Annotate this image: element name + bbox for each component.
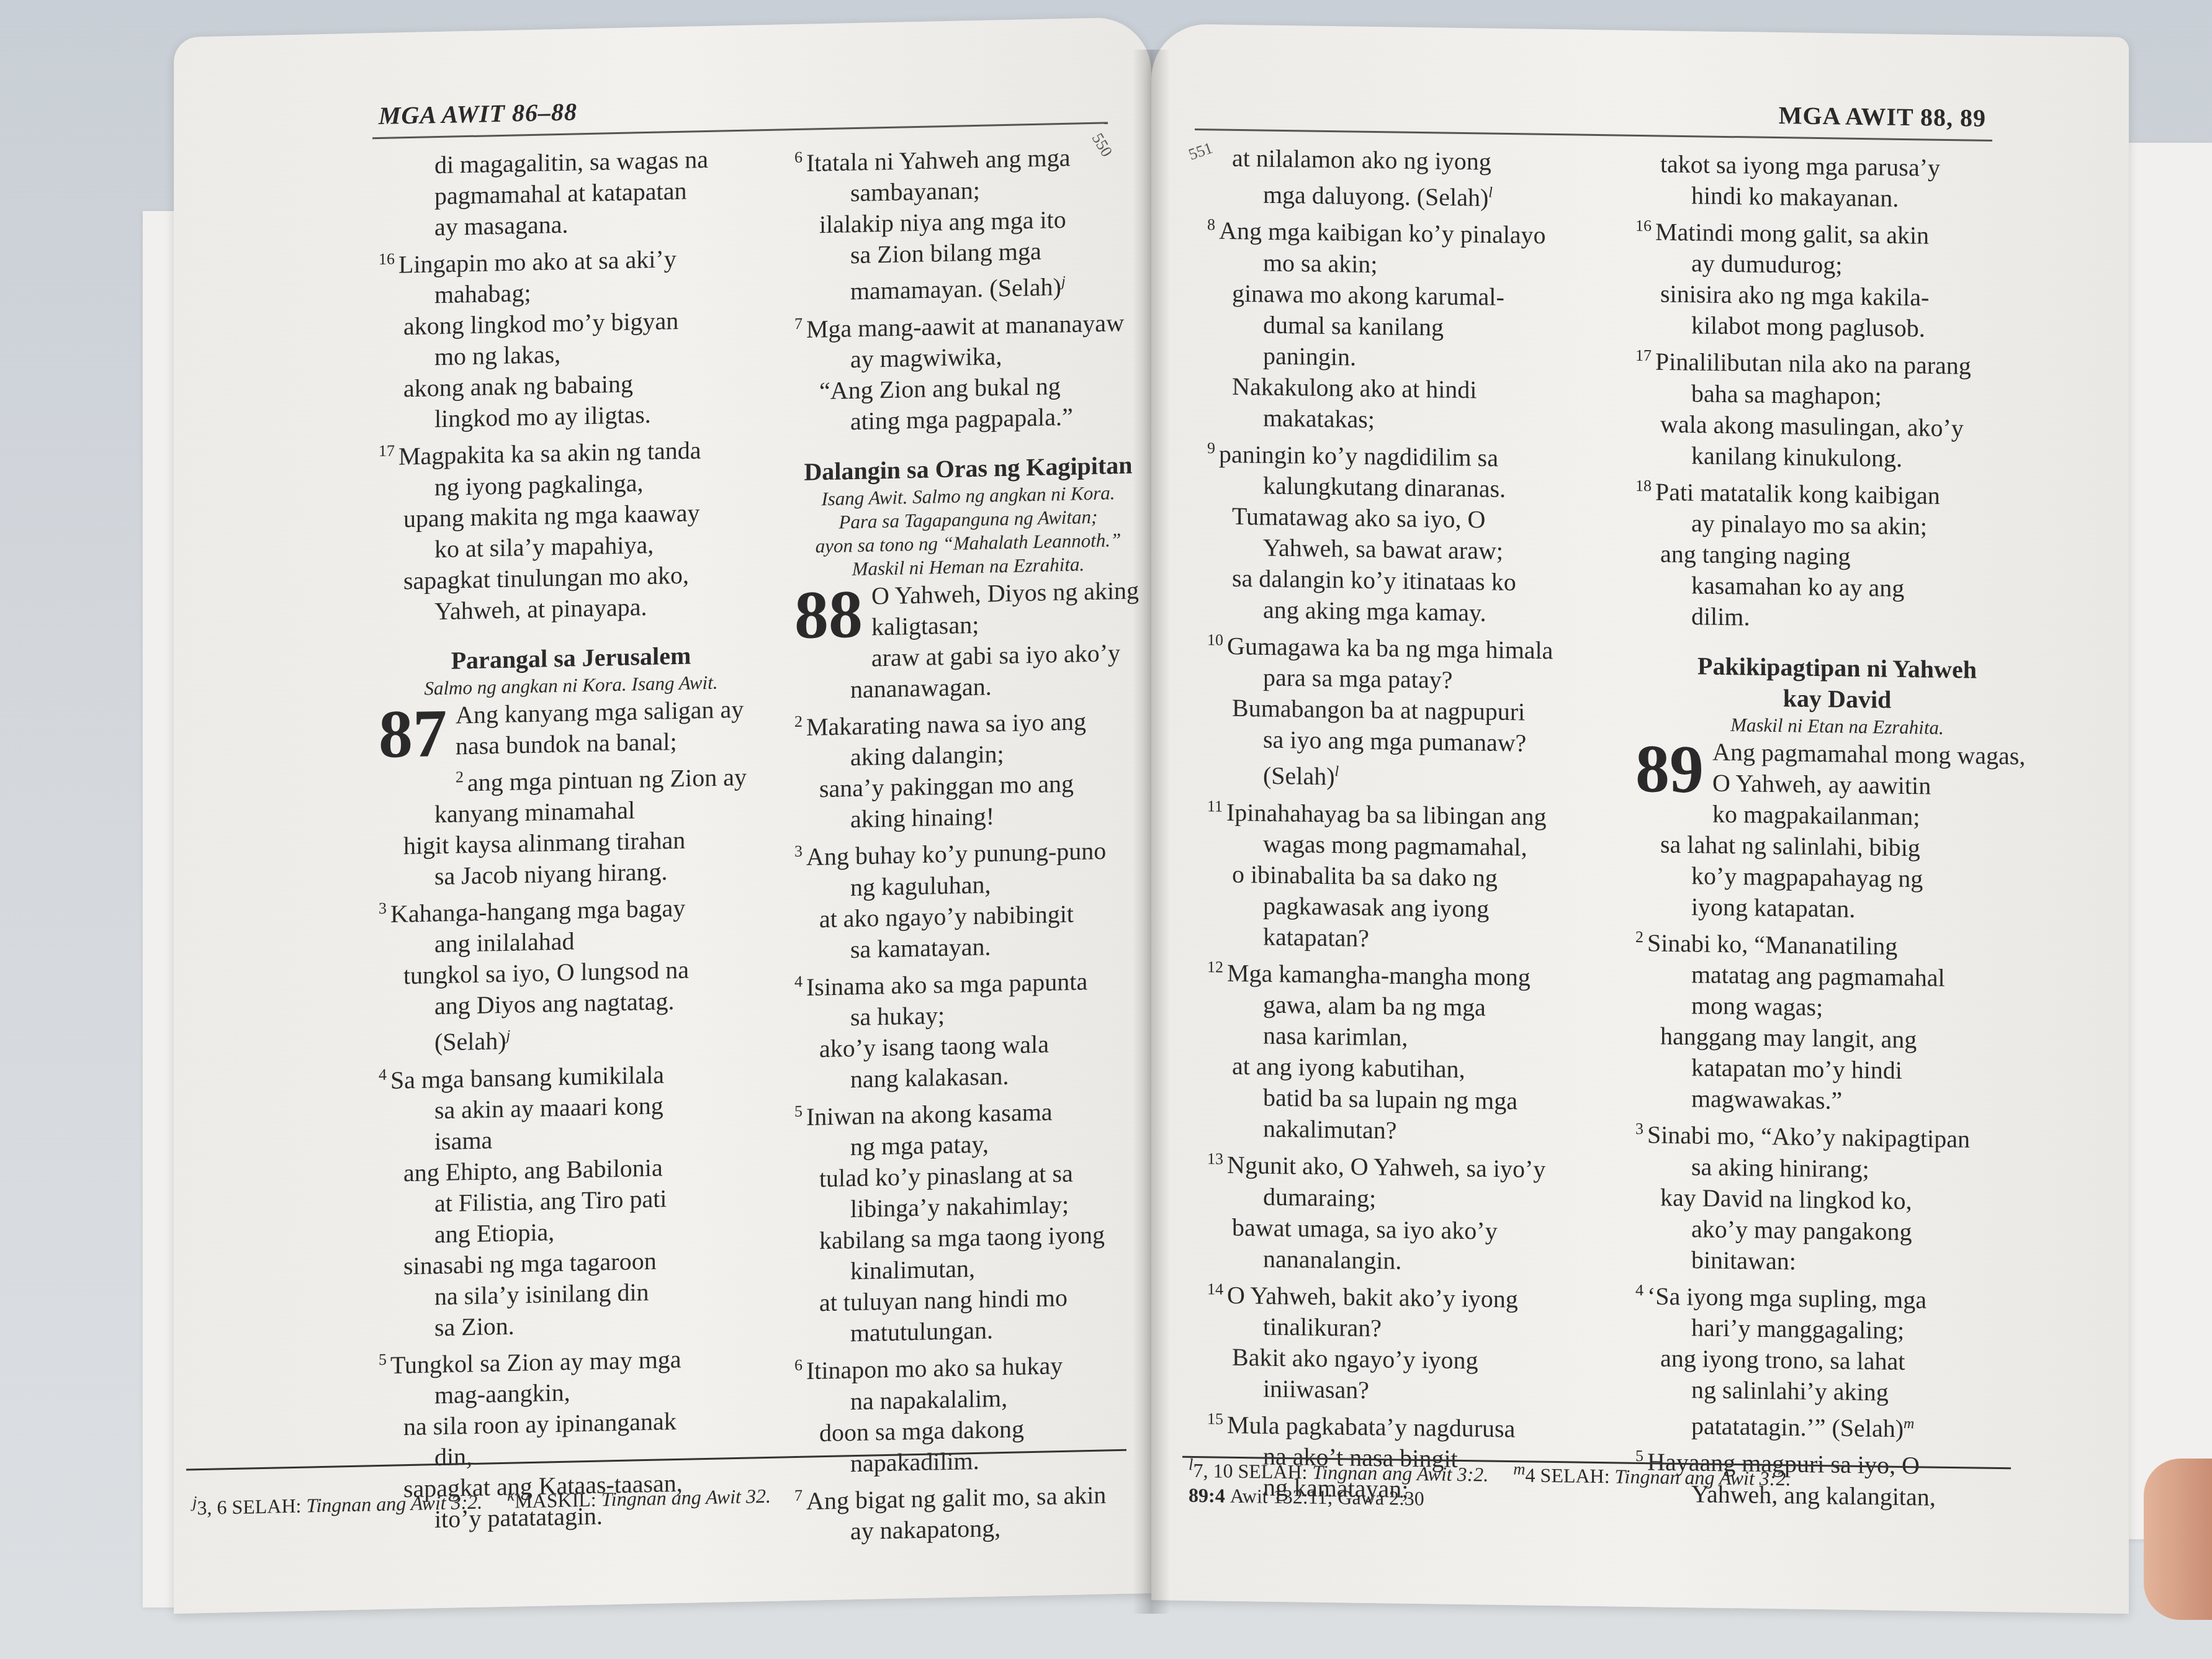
- line-text: Mula pagkabata’y nagdurusa: [1227, 1411, 1515, 1442]
- line-text: sambayanan;: [850, 176, 980, 207]
- line-text: Sinabi ko, “Mananatiling: [1647, 928, 1897, 960]
- footnote: l7, 10 SELAH: Tingnan ang Awit 3:2.: [1189, 1459, 1488, 1486]
- line-text: ang aking mga kamay.: [1263, 596, 1486, 627]
- text-line: iyong katapatan.: [1635, 891, 2039, 927]
- text-line: kasamahan ko ay ang: [1635, 569, 2039, 606]
- line-text: din,: [434, 1442, 472, 1471]
- line-text: sa Zion bilang mga: [850, 237, 1041, 269]
- text-line: ang tanging naging: [1635, 538, 2039, 575]
- line-text: isama: [434, 1126, 492, 1155]
- verse-number: 2: [1635, 928, 1643, 946]
- book-gutter: [1133, 50, 1170, 1614]
- line-text: sa dalangin ko’y itinataas ko: [1232, 564, 1516, 596]
- line-text: gawa, alam ba ng mga: [1263, 991, 1486, 1022]
- line-text: Ang buhay ko’y punung-puno: [806, 837, 1106, 871]
- line-text: at Filistia, ang Tiro pati: [434, 1184, 667, 1217]
- line-text: ay masagana.: [434, 210, 568, 241]
- line-text: binitawan:: [1691, 1246, 1796, 1275]
- line-text: (Selah): [1263, 762, 1335, 791]
- line-text: Iniwan na akong kasama: [806, 1098, 1053, 1131]
- text-line: ang iyong trono, sa lahat: [1635, 1342, 2039, 1379]
- line-text: paningin.: [1263, 341, 1356, 371]
- line-text: nananawagan.: [850, 672, 992, 703]
- line-text: makatakas;: [1263, 403, 1375, 433]
- line-text: mahabag;: [434, 279, 531, 308]
- line-text: akong anak ng babaing: [403, 370, 633, 403]
- line-text: Mga mang-aawit at mananayaw: [806, 308, 1124, 343]
- line-text: aking dalangin;: [850, 740, 1004, 771]
- line-text: ko magpakailanman;: [1712, 800, 1920, 831]
- text-line: ay pinalayo mo sa akin;: [1635, 507, 2039, 544]
- line-text: iniiwasan?: [1263, 1374, 1369, 1403]
- line-text: tinalikuran?: [1263, 1312, 1382, 1342]
- psalm-88-text: O Yahweh, Diyos ng akingkaligtasan;araw …: [794, 575, 1142, 1548]
- verse-number: 11: [1207, 797, 1223, 815]
- line-text: ng kaguluhan,: [850, 870, 991, 901]
- section-title-line: kay David: [1635, 681, 2039, 717]
- line-text: Mga kamangha-mangha mong: [1227, 959, 1531, 991]
- psalm-87-text: Ang kanyang mga saligan aynasa bundok na…: [379, 693, 763, 1537]
- line-text: sinasabi ng mga tagaroon: [403, 1247, 657, 1280]
- line-text: paningin ko’y nagdidilim sa: [1219, 440, 1498, 472]
- verse-line: 10Gumagawa ka ba ng mga himala: [1207, 624, 1629, 667]
- verse-number: 2: [456, 768, 464, 786]
- left-page: MGA AWIT 86–88 550 di magagalitin, sa wa…: [174, 17, 1151, 1614]
- line-text: (Selah): [434, 1027, 506, 1056]
- line-text: mo ng lakas,: [434, 340, 560, 371]
- line-text: sa hukay;: [850, 1001, 945, 1031]
- text-line: kilabot mong paglusob.: [1635, 309, 2039, 346]
- line-text: mo sa akin;: [1263, 248, 1377, 278]
- line-text: libinga’y nakahimlay;: [850, 1190, 1069, 1223]
- line-text: pagmamahal at katapatan: [434, 177, 686, 210]
- verse-line: 17Pinalilibutan nila ako na parang: [1635, 340, 2039, 382]
- line-text: wagas mong pagmamahal,: [1263, 829, 1527, 861]
- line-text: Sa mga bansang kumikilala: [390, 1060, 664, 1094]
- line-text: ang tanging naging: [1660, 539, 1851, 570]
- verse-number: 13: [1207, 1150, 1223, 1168]
- line-text: sa Zion.: [434, 1311, 515, 1341]
- line-text: ko’y magpapahayag ng: [1691, 861, 1923, 892]
- line-text: tulad ko’y pinaslang at sa: [819, 1159, 1073, 1193]
- verse-number: 14: [1207, 1280, 1223, 1298]
- verse-line: 3Sinabi mo, “Ako’y nakipagtipan: [1635, 1113, 2039, 1156]
- line-text: tungkol sa iyo, O lungsod na: [403, 956, 689, 990]
- line-text: at nilalamon ako ng iyong: [1232, 144, 1491, 176]
- verse-line: 2Sinabi ko, “Mananatiling: [1635, 922, 2039, 964]
- line-text: napakadilim.: [850, 1446, 979, 1477]
- text-line: mo sa akin;: [1207, 246, 1629, 283]
- line-text: Tungkol sa Zion ay may mga: [390, 1345, 681, 1379]
- line-text: ay nakapatong,: [850, 1514, 1000, 1545]
- text-line: wala akong masulingan, ako’y: [1635, 408, 2039, 445]
- verse-number: 3: [1635, 1120, 1643, 1138]
- text-line: sa aking hinirang;: [1635, 1151, 2039, 1187]
- line-text: Itatala ni Yahweh ang mga: [806, 143, 1070, 177]
- line-text: ang mga pintuan ng Zion ay: [467, 763, 747, 796]
- line-text: na napakalalim,: [850, 1383, 1007, 1414]
- line-text: araw at gabi sa iyo ako’y: [871, 639, 1120, 672]
- text-line: paningin.: [1207, 339, 1629, 376]
- line-text: upang makita ng mga kaaway: [403, 498, 700, 533]
- line-text: Pati matatalik kong kaibigan: [1655, 477, 1940, 509]
- verse-line: 15Mula pagkabata’y nagdurusa: [1207, 1403, 1629, 1446]
- line-text: lingkod mo ay iligtas.: [434, 400, 651, 433]
- text-line: ginawa mo akong karumal-: [1207, 277, 1629, 314]
- line-text: ang Etiopia,: [434, 1218, 554, 1248]
- section-title-line: Pakikipagtipan ni Yahweh: [1635, 650, 2039, 686]
- line-text: sa kamatayan.: [850, 932, 991, 963]
- line-text: sa akin ay maaari kong: [434, 1091, 663, 1124]
- line-text: ang Diyos ang nagtatag.: [434, 987, 675, 1020]
- line-text: nang kalakasan.: [850, 1062, 1009, 1093]
- verse-line: 7Mga mang-aawit at mananayaw: [794, 301, 1142, 345]
- line-text: at ang iyong kabutihan,: [1232, 1052, 1465, 1083]
- verse-number: 6: [794, 148, 803, 166]
- psalm-89-text: Ang pagmamahal mong wagas,O Yahweh, ay a…: [1635, 735, 2039, 1514]
- line-text: ay magwiwika,: [850, 342, 1002, 373]
- text-line: mga daluyong. (Selah)l: [1207, 173, 1629, 215]
- line-text: “Ang Zion ang bukal ng: [819, 372, 1061, 405]
- line-text: Magpakita ka sa akin ng tanda: [398, 436, 701, 470]
- text-line: sa lahat ng salinlahi, bibig: [1635, 829, 2039, 865]
- text-line: bawat umaga, sa iyo ako’y: [1207, 1212, 1629, 1248]
- text-line: ko’y magpapahayag ng: [1635, 860, 2039, 896]
- text-line: ako’y may pangakong: [1635, 1213, 2039, 1249]
- line-text: Gumagawa ka ba ng mga himala: [1227, 632, 1553, 664]
- text-line: magwawakas.”: [1635, 1082, 2039, 1119]
- text-line: dumal sa kanilang: [1207, 308, 1629, 345]
- open-book: MGA AWIT 86–88 550 di magagalitin, sa wa…: [174, 37, 2129, 1614]
- verse-number: 10: [1207, 631, 1223, 649]
- line-text: sapagkat tinulungan mo ako,: [403, 560, 689, 595]
- verse-line: 7Ang bigat ng galit mo, sa akin: [794, 1473, 1142, 1517]
- line-text: kaligtasan;: [871, 611, 979, 641]
- text-line: kay David na lingkod ko,: [1635, 1182, 2039, 1218]
- line-text: kalungkutang dinaranas.: [1263, 472, 1506, 503]
- verse-line: 14O Yahweh, bakit ako’y iyong: [1207, 1274, 1629, 1316]
- verse-number: 4: [794, 972, 803, 990]
- line-text: ay pinalayo mo sa akin;: [1691, 509, 1927, 540]
- line-text: ginawa mo akong karumal-: [1232, 279, 1504, 310]
- line-text: Makarating nawa sa iyo ang: [806, 708, 1086, 741]
- line-text: Matindi mong galit, sa akin: [1655, 218, 1929, 250]
- line-text: patatatagin.’” (Selah): [1691, 1411, 1904, 1442]
- footnote: j3, 6 SELAH: Tingnan ang Awit 3:2.: [192, 1491, 482, 1519]
- line-text: dumaraing;: [1263, 1182, 1376, 1212]
- footnote-marker: j: [506, 1028, 511, 1044]
- line-text: at tuluyan nang hindi mo: [819, 1284, 1068, 1316]
- line-text: nasa karimlan,: [1263, 1022, 1408, 1051]
- line-text: Yahweh, at pinayapa.: [434, 593, 647, 625]
- line-text: kasamahan ko ay ang: [1691, 571, 1904, 602]
- line-text: kanyang minamahal: [434, 796, 635, 828]
- line-text: nakalimutan?: [1263, 1115, 1396, 1144]
- chapter-number-89: 89: [1635, 739, 1704, 799]
- line-text: Sinabi mo, “Ako’y nakipagtipan: [1647, 1121, 1970, 1153]
- line-text: higit kaysa alinmang tirahan: [403, 826, 685, 860]
- line-text: sa Jacob niyang hirang.: [434, 857, 667, 890]
- right-column-2: takot sa iyong mga parusa’yhindi ko maka…: [1635, 148, 2039, 1514]
- text-line: baha sa maghapon;: [1635, 377, 2039, 414]
- line-text: batid ba sa lupain ng mga: [1263, 1084, 1517, 1115]
- footnote: 89:4 Awit 132:11; Gawa 2:30: [1189, 1484, 1424, 1509]
- verse-line: 12Mga kamangha-mangha mong: [1207, 951, 1629, 994]
- line-text: ng iyong pagkalinga,: [434, 469, 644, 501]
- line-text: pagkawasak ang iyong: [1263, 891, 1489, 922]
- footnote: kMASKIL: Tingnan ang Awit 32.: [507, 1485, 771, 1513]
- line-text: Itinapon mo ako sa hukay: [806, 1352, 1063, 1385]
- line-text: at ako ngayo’y nabibingit: [819, 899, 1074, 933]
- text-line: makatakas;: [1207, 402, 1629, 438]
- line-text: ang inilalahad: [434, 927, 574, 958]
- verse-number: 7: [794, 314, 803, 332]
- line-text: ay dumudurog;: [1691, 249, 1842, 279]
- line-text: nananalangin.: [1263, 1244, 1401, 1274]
- verse-number: 9: [1207, 439, 1215, 457]
- line-text: ilalakip niya ang mga ito: [819, 205, 1066, 238]
- line-text: Kahanga-hangang mga bagay: [390, 894, 685, 928]
- line-text: Tumatawag ako sa iyo, O: [1232, 502, 1485, 534]
- psalm-88-end: takot sa iyong mga parusa’yhindi ko maka…: [1635, 148, 2039, 637]
- text-line: mong wagas;: [1635, 989, 2039, 1026]
- line-text: mga daluyong. (Selah): [1263, 181, 1488, 212]
- text-line: kanilang kinukulong.: [1635, 439, 2039, 476]
- verse-line: 13Ngunit ako, O Yahweh, sa iyo’y: [1207, 1144, 1629, 1187]
- footnote: m4 SELAH: Tingnan ang Awit 3:2.: [1513, 1463, 1791, 1490]
- line-text: dumal sa kanilang: [1263, 310, 1444, 341]
- line-text: dilim.: [1691, 602, 1750, 631]
- verse-number: 15: [1207, 1409, 1223, 1427]
- verse-line: 16Matindi mong galit, sa akin: [1635, 210, 2039, 253]
- line-text: ng salinlahi’y aking: [1691, 1375, 1889, 1406]
- chapter-number-88: 88: [794, 585, 863, 645]
- line-text: sa aking hinirang;: [1691, 1153, 1869, 1183]
- line-text: para sa mga patay?: [1263, 663, 1452, 694]
- verse-line: 4‘Sa iyong mga supling, mga: [1635, 1275, 2039, 1317]
- line-text: Pinalilibutan nila ako na parang: [1655, 348, 1971, 380]
- line-text: na sila’y isinilang din: [434, 1278, 649, 1310]
- line-text: di magagalitin, sa wagas na: [434, 145, 708, 179]
- line-text: sana’y pakinggan mo ang: [819, 770, 1074, 803]
- line-text: akong lingkod mo’y bigyan: [403, 307, 678, 340]
- line-text: aking hinaing!: [850, 803, 994, 834]
- psalm-88-continued: at nilalamon ako ng iyongmga daluyong. (…: [1207, 142, 1629, 1508]
- line-text: magwawakas.”: [1691, 1084, 1842, 1114]
- line-text: katapatan mo’y hindi: [1691, 1053, 1902, 1084]
- line-text: Isinama ako sa mga papunta: [806, 967, 1087, 1000]
- footnotes-right: l7, 10 SELAH: Tingnan ang Awit 3:2.m4 SE…: [1189, 1452, 1815, 1516]
- text-line: hari’y manggagaling;: [1635, 1311, 2039, 1348]
- verse-line: 9paningin ko’y nagdidilim sa: [1207, 433, 1629, 475]
- footnote-marker: l: [1335, 763, 1339, 780]
- line-text: Ang pagmamahal mong wagas,: [1712, 738, 2025, 770]
- text-line: hanggang may langit, ang: [1635, 1020, 2039, 1057]
- line-text: sa lahat ng salinlahi, bibig: [1660, 830, 1920, 861]
- verse-number: 4: [379, 1065, 387, 1083]
- text-line: patatatagin.’” (Selah)m: [1635, 1405, 2039, 1446]
- text-line: dilim.: [1635, 600, 2039, 637]
- line-text: Ngunit ako, O Yahweh, sa iyo’y: [1227, 1151, 1545, 1183]
- footnote-marker: j: [1061, 274, 1066, 290]
- verse-number: 4: [1635, 1281, 1643, 1299]
- line-text: ng mga patay,: [850, 1130, 989, 1161]
- line-text: nasa bundok na banal;: [456, 727, 677, 760]
- verse-number: 17: [379, 442, 395, 461]
- line-text: mag-aangkin,: [434, 1378, 570, 1409]
- section-title-89: Pakikipagtipan ni Yahwehkay David: [1635, 650, 2039, 717]
- verse-number: 16: [1635, 217, 1652, 235]
- line-text: ‘Sa iyong mga supling, mga: [1647, 1282, 1927, 1313]
- text-line: hindi ko makayanan.: [1635, 179, 2039, 216]
- left-column-1: di magagalitin, sa wagas napagmamahal at…: [379, 143, 763, 1536]
- line-text: hanggang may langit, ang: [1660, 1022, 1917, 1054]
- text-line: sinisira ako ng mga kakila-: [1635, 278, 2039, 315]
- line-text: kinalimutan,: [850, 1254, 975, 1285]
- line-text: ko at sila’y mapahiya,: [434, 530, 654, 562]
- line-text: Ang mga kaibigan ko’y pinalayo: [1219, 217, 1546, 249]
- line-text: Yahweh, sa bawat araw;: [1263, 534, 1503, 565]
- text-line: binitawan:: [1635, 1244, 2039, 1280]
- line-text: matatag ang pagmamahal: [1691, 960, 1945, 992]
- line-text: ating mga pagpapala.”: [850, 403, 1073, 436]
- line-text: Ang kanyang mga saligan ay: [456, 695, 744, 729]
- verse-number: 2: [794, 713, 803, 731]
- line-text: bawat umaga, sa iyo ako’y: [1232, 1213, 1498, 1244]
- verse-number: 6: [794, 1356, 803, 1374]
- verse-number: 3: [379, 899, 387, 917]
- line-text: Bumabangon ba at nagpupuri: [1232, 694, 1525, 726]
- text-line: dumaraing;: [1207, 1180, 1629, 1217]
- verse-number: 5: [379, 1351, 387, 1369]
- line-text: sa iyo ang mga pumanaw?: [1263, 726, 1526, 757]
- text-line: nananalangin.: [1207, 1243, 1629, 1279]
- left-column-2: 6Itatala ni Yahweh ang mgasambayanan;ila…: [794, 135, 1142, 1548]
- line-text: Bakit ako ngayo’y iyong: [1232, 1343, 1478, 1375]
- right-column-1: at nilalamon ako ng iyongmga daluyong. (…: [1207, 142, 1629, 1508]
- line-text: ang Ehipto, ang Babilonia: [403, 1153, 663, 1187]
- thumb-holding-page: [2144, 1459, 2212, 1620]
- line-text: Nakakulong ako at hindi: [1232, 372, 1477, 403]
- footnote-marker: m: [1904, 1416, 1914, 1432]
- line-text: kabilang sa mga taong iyong: [819, 1221, 1105, 1255]
- line-text: ako’y isang taong wala: [819, 1030, 1049, 1063]
- line-text: O Yahweh, Diyos ng aking: [871, 576, 1139, 609]
- verse-number: 3: [794, 842, 803, 860]
- text-line: takot sa iyong mga parusa’y: [1635, 148, 2039, 185]
- line-text: ako’y may pangakong: [1691, 1215, 1912, 1246]
- right-page: MGA AWIT 88, 89 551 at nilalamon ako ng …: [1151, 24, 2129, 1614]
- footnote-marker: l: [1488, 185, 1493, 201]
- line-text: takot sa iyong mga parusa’y: [1660, 150, 1940, 181]
- verse-line: 18Pati matatalik kong kaibigan: [1635, 470, 2039, 513]
- verse-number: 16: [379, 250, 395, 269]
- verse-number: 18: [1635, 477, 1652, 495]
- verse-number: 5: [794, 1102, 803, 1120]
- line-text: katapatan?: [1263, 922, 1369, 951]
- verse-number: 8: [1207, 216, 1215, 234]
- running-head-left: MGA AWIT 86–88: [379, 97, 577, 130]
- line-text: sinisira ako ng mga kakila-: [1660, 280, 1929, 312]
- line-text: Ipinahahayag ba sa libingan ang: [1226, 798, 1546, 830]
- chapter-number-87: 87: [379, 703, 447, 763]
- line-text: wala akong masulingan, ako’y: [1660, 410, 1964, 442]
- verse-line: 11Ipinahahayag ba sa libingan ang: [1207, 791, 1629, 834]
- line-text: kanilang kinukulong.: [1691, 441, 1902, 472]
- line-text: kay David na lingkod ko,: [1660, 1183, 1912, 1215]
- line-text: ang iyong trono, sa lahat: [1660, 1344, 1905, 1375]
- text-line: matatag ang pagmamahal: [1635, 958, 2039, 995]
- text-line: katapatan mo’y hindi: [1635, 1051, 2039, 1088]
- line-text: na sila roon ay ipinanganak: [403, 1407, 677, 1441]
- verse-number: 17: [1635, 346, 1652, 364]
- text-line: ay dumudurog;: [1635, 247, 2039, 284]
- verse-line: 8Ang mga kaibigan ko’y pinalayo: [1207, 210, 1629, 253]
- line-text: baha sa maghapon;: [1691, 379, 1882, 410]
- superscription-88: Isang Awit. Salmo ng angkan ni Kora.Para…: [794, 480, 1142, 582]
- running-head-right: MGA AWIT 88, 89: [1779, 101, 1986, 133]
- verses-86-end: di magagalitin, sa wagas napagmamahal at…: [379, 143, 763, 628]
- line-text: O Yahweh, bakit ako’y iyong: [1227, 1281, 1518, 1313]
- line-text: kilabot mong paglusob.: [1691, 311, 1925, 342]
- line-text: o ibinabalita ba sa dako ng: [1232, 860, 1498, 892]
- text-line: Nakakulong ako at hindi: [1207, 371, 1629, 407]
- verse-number: 12: [1207, 958, 1223, 976]
- line-text: mong wagas;: [1691, 991, 1823, 1021]
- line-text: matutulungan.: [850, 1316, 993, 1347]
- line-text: doon sa mga dakong: [819, 1414, 1024, 1447]
- line-text: iyong katapatan.: [1691, 892, 1855, 923]
- line-text: hindi ko makayanan.: [1691, 181, 1899, 212]
- line-text: hari’y manggagaling;: [1691, 1313, 1904, 1344]
- verse-line: 3Ang buhay ko’y punung-puno: [794, 829, 1142, 873]
- line-text: Ang bigat ng galit mo, sa akin: [806, 1480, 1106, 1514]
- text-line: ng salinlahi’y aking: [1635, 1374, 2039, 1410]
- line-text: O Yahweh, ay aawitin: [1712, 769, 1931, 800]
- line-text: mamamayan. (Selah): [850, 273, 1061, 305]
- line-text: Lingapin mo ako at sa aki’y: [398, 245, 677, 278]
- psalm-87-end: 6Itatala ni Yahweh ang mgasambayanan;ila…: [794, 135, 1142, 438]
- text-line: (Selah)l: [1207, 755, 1629, 797]
